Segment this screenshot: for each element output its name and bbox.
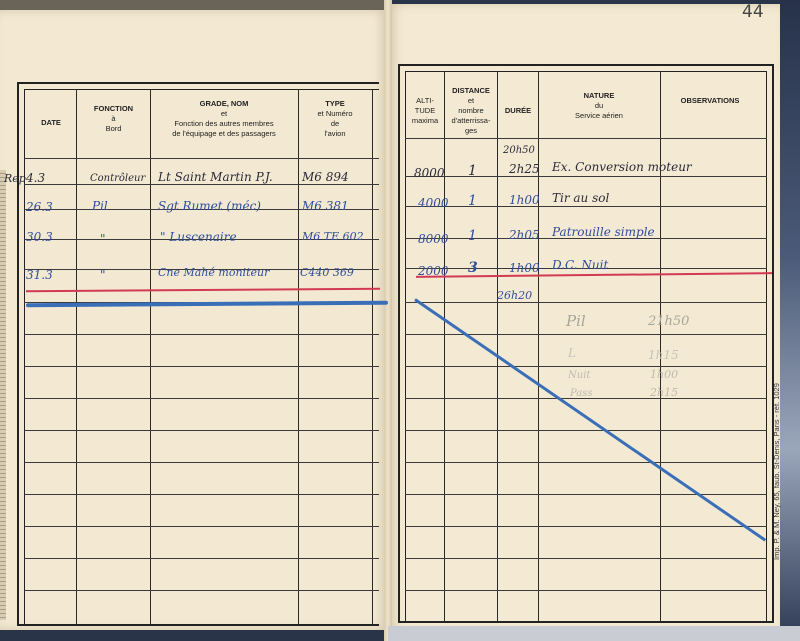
header-observations: OBSERVATIONS xyxy=(660,66,760,136)
margin-note: Rep xyxy=(4,172,26,185)
header-date: DATE xyxy=(25,84,77,162)
carried-forward-duration: 20h50 xyxy=(503,145,535,156)
logbook-spread: 44 DATE FONCTION à Bord GRADE, NOM et Fo… xyxy=(0,0,800,641)
right-log-table: ALTI- TUDE maxima DISTANCE et nombre d'a… xyxy=(398,64,774,623)
header-grade-nom: GRADE, NOM et Fonction des autres membre… xyxy=(150,84,298,154)
header-distance: DISTANCE et nombre d'atterrissa- ges xyxy=(445,66,497,156)
total-duration: 26h20 xyxy=(497,289,532,302)
header-type-avion: TYPE et Numéro de l'avion xyxy=(298,84,372,154)
header-nature: NATURE du Service aérien xyxy=(538,66,660,146)
header-altitude: ALTI- TUDE maxima xyxy=(406,66,444,156)
printer-imprint: Imp. P. & M. Ney, 65, faub. St-Denis, Pa… xyxy=(772,383,781,560)
book-gutter xyxy=(384,0,392,641)
page-stack-edge xyxy=(0,170,6,620)
background-edge xyxy=(780,0,800,641)
left-log-table: DATE FONCTION à Bord GRADE, NOM et Fonct… xyxy=(17,82,379,626)
header-fonction: FONCTION à Bord xyxy=(77,84,150,154)
page-number: 44 xyxy=(742,2,764,22)
background-bottom xyxy=(388,626,800,641)
header-duree: DURÉE xyxy=(498,66,538,156)
